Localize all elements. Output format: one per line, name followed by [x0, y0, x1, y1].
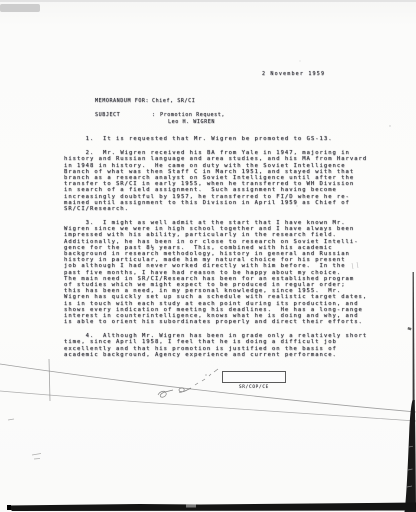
- handwriting-dot: [205, 374, 206, 375]
- binding-shadow-lower: [405, 400, 416, 512]
- scan-edge-top: [0, 0, 416, 2]
- binding-notch: [408, 327, 412, 330]
- pencil-marks-lower-left: [8, 419, 41, 459]
- scanned-memo-page: 2 November 1959 MEMORANDUM FOR: Chief, S…: [0, 0, 416, 512]
- bottom-bar-left-nub: [7, 505, 11, 510]
- bottom-bar-gap: [186, 505, 196, 508]
- binding-shadow-upper: [413, 272, 415, 402]
- scan-artifacts: [0, 0, 416, 512]
- fold-crease-line-1: [0, 364, 416, 412]
- scan-edge-bottom-bar: [7, 503, 416, 512]
- scan-specks: [296, 61, 390, 270]
- handwritten-annotation: [158, 369, 218, 397]
- scan-smudge-top-left: [0, 4, 40, 12]
